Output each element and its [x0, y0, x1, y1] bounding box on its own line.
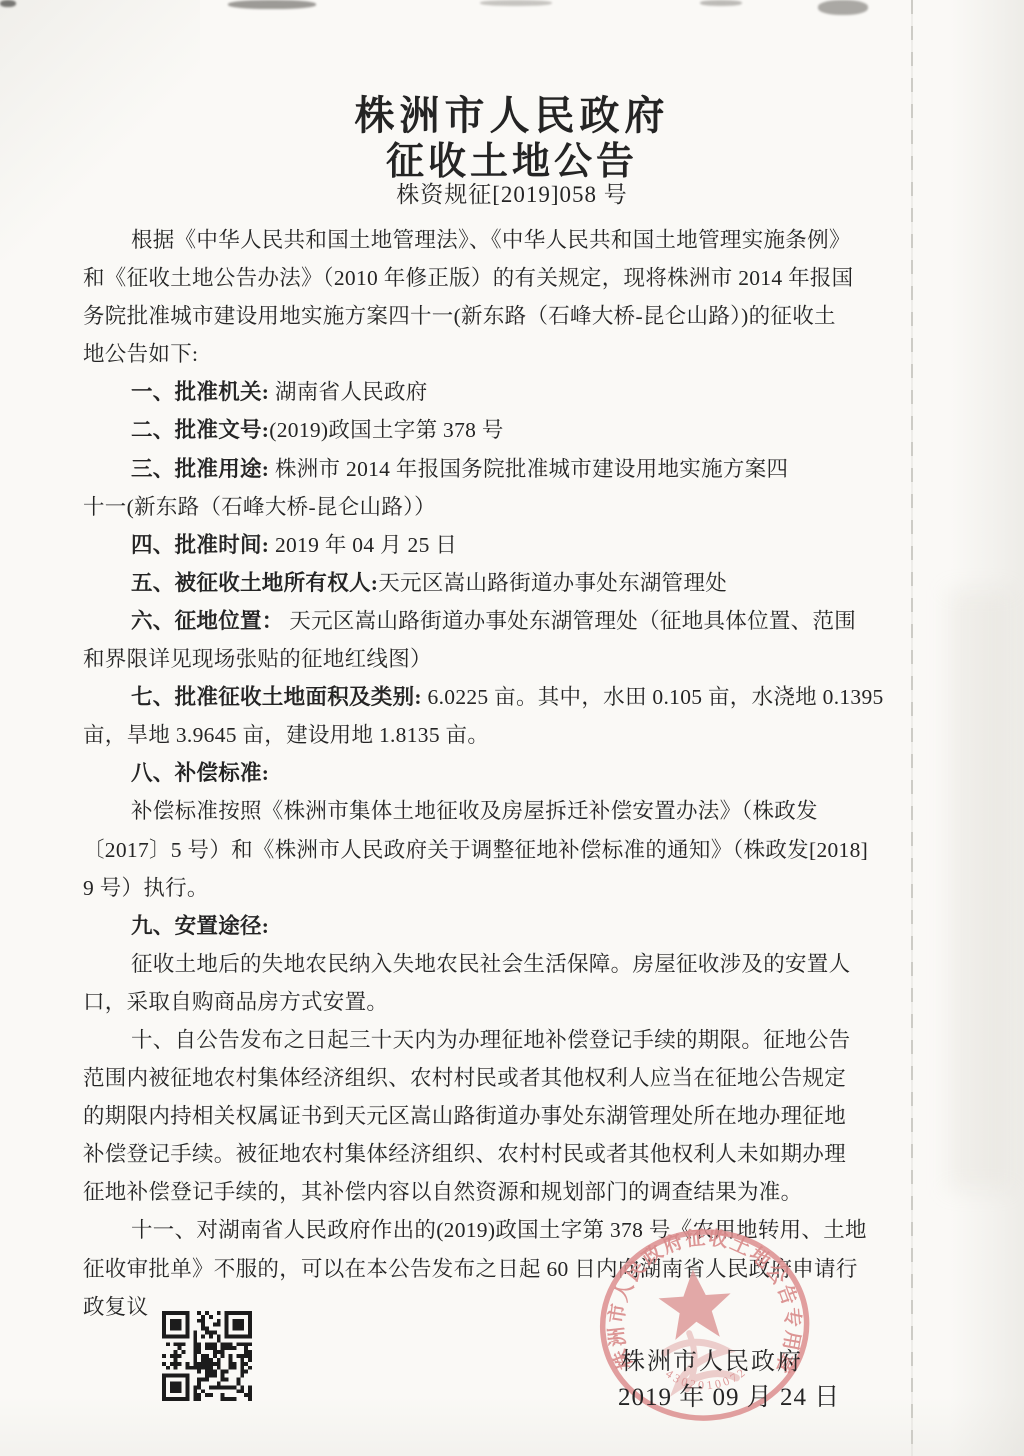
- body-line-15: 八、补偿标准:: [83, 754, 953, 792]
- scan-smudge: [228, 0, 316, 9]
- body-line-5: 一、批准机关: 湖南省人民政府: [83, 373, 953, 411]
- body-line-18: 9 号）执行。: [83, 869, 953, 907]
- signature-date: 2019 年 09 月 24 日: [618, 1377, 840, 1413]
- scanned-document-page: 株洲市人民政府 征收土地公告 株资规征[2019]058 号 根据《中华人民共和…: [0, 0, 1024, 1456]
- body-line-23: 范围内被征地农村集体经济组织、农村村民或者其他权利人应当在征地公告规定: [83, 1059, 953, 1097]
- body-line-26: 征地补偿登记手续的，其补偿内容以自然资源和规划部门的调查结果为准。: [83, 1173, 953, 1211]
- body-line-12: 和界限详见现场张贴的征地红线图）: [83, 640, 953, 678]
- scan-smudge: [818, 0, 868, 15]
- body-line-19: 九、安置途径:: [83, 907, 953, 945]
- scan-smudge: [480, 0, 552, 6]
- body-line-8: 十一(新东路（石峰大桥-昆仑山路））: [83, 488, 953, 526]
- body-line-22: 十、自公告发布之日起三十天内为办理征地补偿登记手续的期限。征地公告: [83, 1021, 953, 1059]
- body-line-2: 和《征收土地公告办法》（2010 年修正版）的有关规定，现将株洲市 2014 年…: [83, 259, 953, 297]
- body-line-1: 根据《中华人民共和国土地管理法》、《中华人民共和国土地管理实施条例》: [83, 221, 953, 259]
- body-line-27: 十一、对湖南省人民政府作出的(2019)政国土字第 378 号《农用地转用、土地: [83, 1211, 953, 1249]
- body-line-21: 口，采取自购商品房方式安置。: [83, 983, 953, 1021]
- body-line-3: 务院批准城市建设用地实施方案四十一(新东路（石峰大桥-昆仑山路）)的征收土: [83, 297, 953, 335]
- body-line-17: 〔2017〕5 号）和《株洲市人民政府关于调整征地补偿标准的通知》（株政发[20…: [83, 831, 953, 869]
- body-line-25: 补偿登记手续。被征地农村集体经济组织、农村村民或者其他权利人未如期办理: [83, 1135, 953, 1173]
- body-line-24: 的期限内持相关权属证书到天元区嵩山路街道办事处东湖管理处所在地办理征地: [83, 1097, 953, 1135]
- qr-code: [162, 1311, 252, 1401]
- body-line-10: 五、被征收土地所有权人:天元区嵩山路街道办事处东湖管理处: [83, 564, 953, 602]
- body-line-16: 补偿标准按照《株洲市集体土地征收及房屋拆迁补偿安置办法》（株政发: [83, 792, 953, 830]
- body-line-20: 征收土地后的失地农民纳入失地农民社会生活保障。房屋征收涉及的安置人: [83, 945, 953, 983]
- seal-star-icon: [657, 1267, 734, 1341]
- document-number: 株资规征[2019]058 号: [0, 176, 1024, 209]
- body-line-4: 地公告如下:: [83, 335, 953, 373]
- body-line-28: 征收审批单》不服的，可以在本公告发布之日起 60 日内向湖南省人民政府申请行: [83, 1250, 953, 1288]
- body-line-14: 亩，旱地 3.9645 亩，建设用地 1.8135 亩。: [83, 716, 953, 754]
- body-line-6: 二、批准文号:(2019)政国土字第 378 号: [83, 411, 953, 449]
- signature-agency: 株洲市人民政府: [621, 1341, 803, 1376]
- body-line-9: 四、批准时间: 2019 年 04 月 25 日: [83, 526, 953, 564]
- body-line-11: 六、征地位置： 天元区嵩山路街道办事处东湖管理处（征地具体位置、范围: [83, 602, 953, 640]
- body-line-7: 三、批准用途: 株洲市 2014 年报国务院批准城市建设用地实施方案四: [83, 450, 953, 488]
- body-line-13: 七、批准征收土地面积及类别: 6.0225 亩。其中，水田 0.105 亩，水浇…: [83, 678, 953, 716]
- body-text: 根据《中华人民共和国土地管理法》、《中华人民共和国土地管理实施条例》和《征收土地…: [83, 221, 953, 1326]
- scan-smudge: [700, 0, 742, 6]
- scan-shading-bottom: [0, 1396, 1024, 1456]
- scan-shading-mid: [948, 590, 1010, 1190]
